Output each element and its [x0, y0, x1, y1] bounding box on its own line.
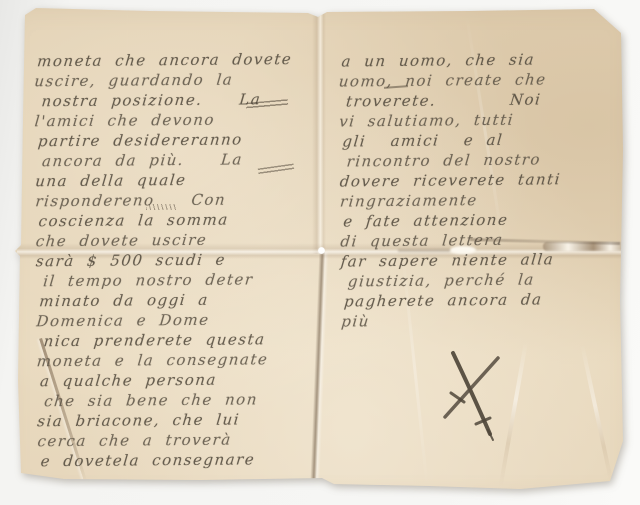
- letter-text-left-column: moneta che ancora doveteuscire, guardand…: [34, 49, 330, 472]
- handwritten-line: minato da oggi a: [35, 289, 329, 312]
- handwritten-line: nica prenderete questa: [36, 329, 330, 352]
- paper-shadow-wrapper: moneta che ancora doveteuscire, guardand…: [0, 0, 640, 505]
- handwritten-line: coscienza la somma: [35, 209, 329, 232]
- handwritten-line: moneta e la consegnate: [36, 349, 330, 372]
- handwritten-line: l'amici che devono: [34, 109, 328, 132]
- handwritten-line: sia briacone, che lui: [36, 409, 330, 432]
- handwritten-line: e dovetela consegnare: [37, 449, 331, 472]
- handwritten-line: partire desidereranno: [34, 129, 328, 152]
- handwritten-line: che sia bene che non: [36, 389, 330, 412]
- crossed-daggers-mark: [425, 342, 507, 444]
- scanned-letter-photo: moneta che ancora doveteuscire, guardand…: [0, 0, 640, 505]
- handwritten-line: moneta che ancora dovete: [33, 49, 327, 72]
- handwritten-line: Domenica e Dome: [36, 309, 330, 332]
- letter-text-right-column: a un uomo, che siauomo, noi create chetr…: [339, 48, 634, 331]
- handwritten-line: nostra posizione. La: [34, 89, 328, 112]
- handwritten-line: una della quale: [34, 169, 328, 192]
- handwritten-line: più: [340, 308, 634, 331]
- handwritten-line: a qualche persona: [36, 369, 330, 392]
- handwritten-line: rispondereno Con: [35, 189, 329, 212]
- dagger-stroke-2: [445, 358, 498, 417]
- diagonal-crease-bottom-right-2: [580, 344, 613, 481]
- handwritten-line: cerca che a troverà: [37, 429, 331, 452]
- handwritten-line: ancora da più. La: [34, 149, 328, 172]
- handwritten-line: sarà $ 500 scudi e: [35, 249, 329, 272]
- handwritten-line: che dovete uscire: [35, 229, 329, 252]
- letter-paper: moneta che ancora doveteuscire, guardand…: [0, 0, 640, 505]
- handwritten-line: uscire, guardando la: [33, 69, 327, 92]
- handwritten-line: il tempo nostro deter: [35, 269, 329, 292]
